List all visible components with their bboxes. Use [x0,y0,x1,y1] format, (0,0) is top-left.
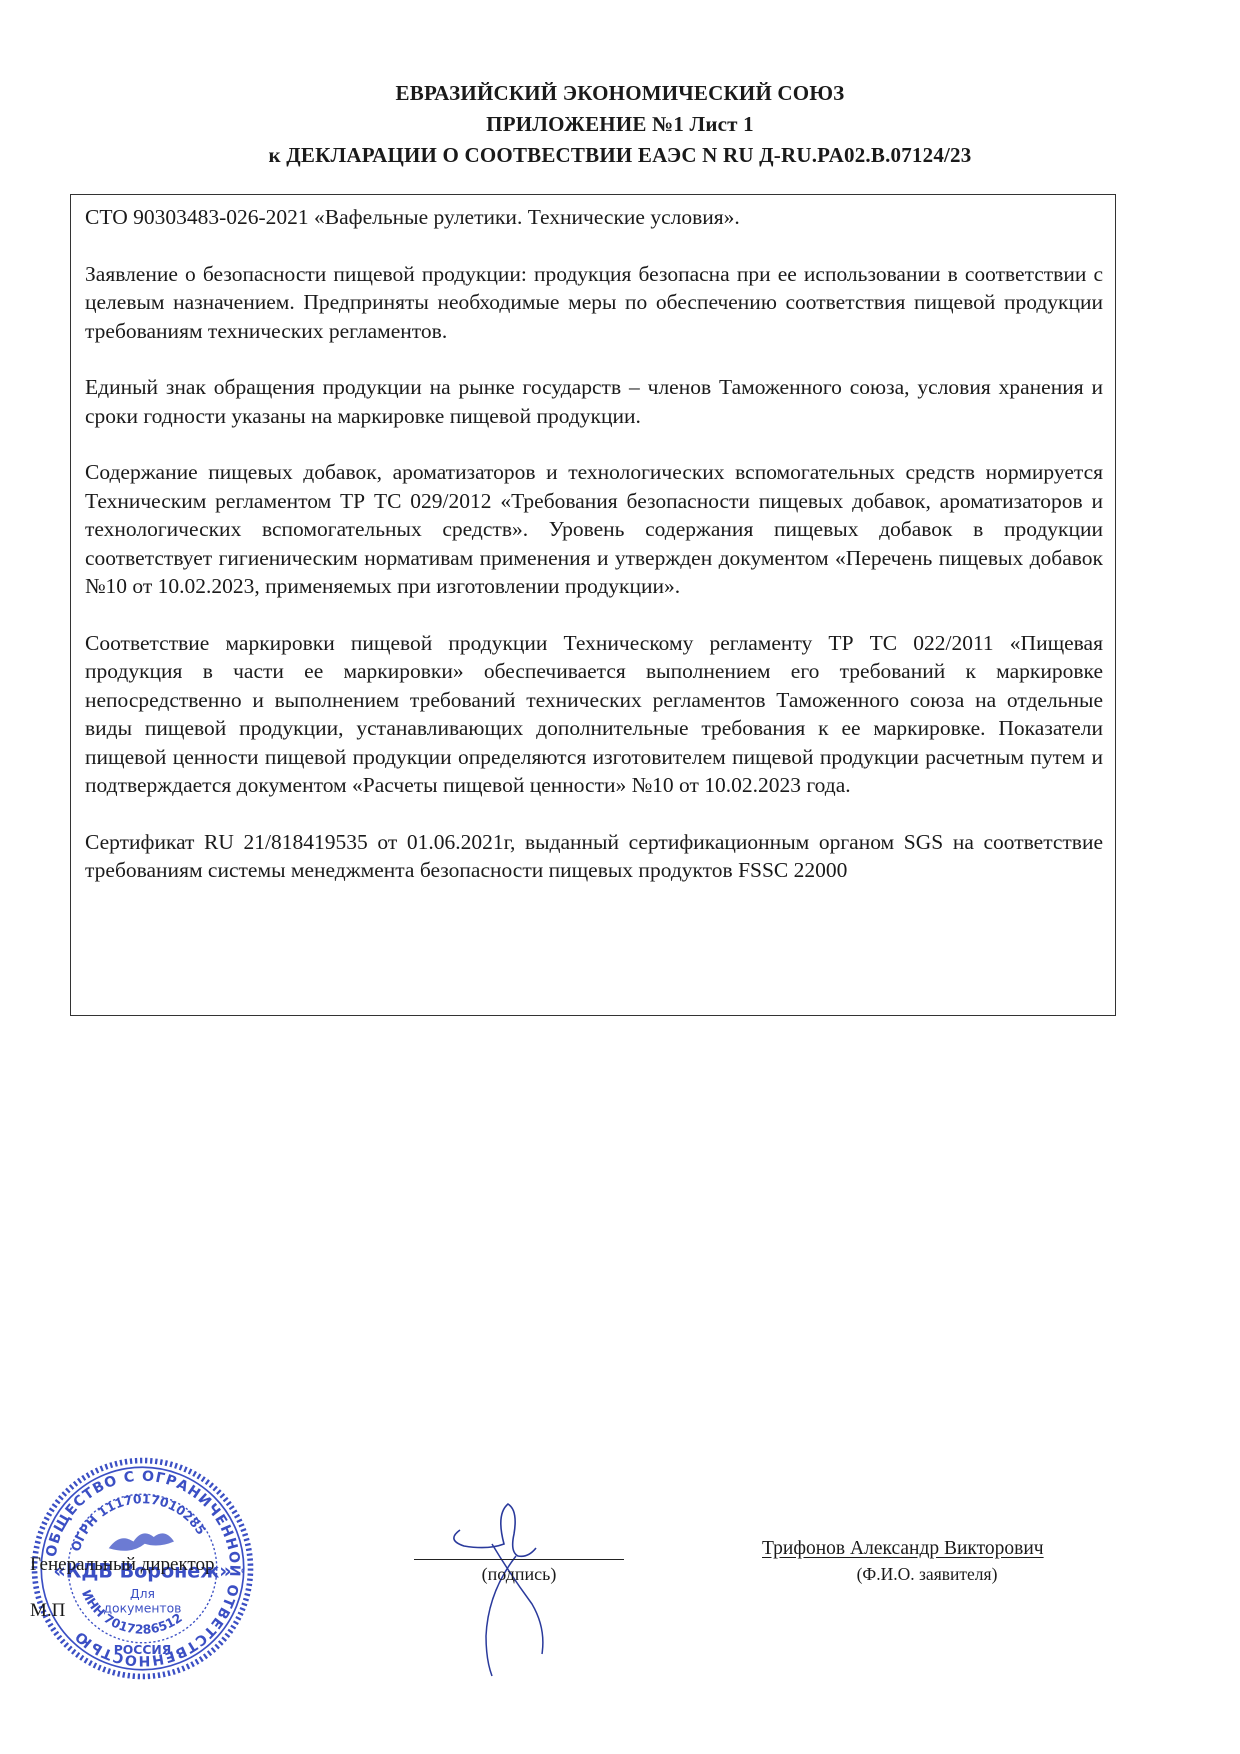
signature-line [414,1559,624,1560]
position-label: Генеральный директор [30,1554,214,1576]
header-appendix-title: ПРИЛОЖЕНИЕ №1 Лист 1 [0,109,1240,140]
paragraph-circulation-mark: Единый знак обращения продукции на рынке… [85,373,1103,430]
svg-text:документов: документов [104,1601,182,1615]
paragraph-labeling: Соответствие маркировки пищевой продукци… [85,629,1103,800]
applicant-name-caption: (Ф.И.О. заявителя) [762,1564,1092,1585]
signature-area: ОБЩЕСТВО С ОГРАНИЧЕННОЙ ОТВЕТСТВЕННОСТЬЮ… [0,1440,1240,1700]
paragraph-certificate: Сертификат RU 21/818419535 от 01.06.2021… [85,828,1103,885]
svg-text:РОССИЯ: РОССИЯ [114,1643,172,1657]
header-union-title: ЕВРАЗИЙСКИЙ ЭКОНОМИЧЕСКИЙ СОЮЗ [0,78,1240,109]
header-declaration-number: к ДЕКЛАРАЦИИ О СООТВЕСТВИИ ЕАЭС N RU Д-R… [0,140,1240,171]
handwritten-signature-icon [440,1500,580,1690]
content-frame: СТО 90303483-026-2021 «Вафельные рулетик… [70,194,1116,1016]
signature-caption: (подпись) [414,1564,624,1585]
svg-text:Для: Для [130,1587,155,1601]
paragraph-safety-statement: Заявление о безопасности пищевой продукц… [85,260,1103,346]
applicant-name: Трифонов Александр Викторович [762,1538,1044,1560]
paragraph-food-additives: Содержание пищевых добавок, ароматизатор… [85,458,1103,601]
document-header: ЕВРАЗИЙСКИЙ ЭКОНОМИЧЕСКИЙ СОЮЗ ПРИЛОЖЕНИ… [0,78,1240,171]
paragraph-standard: СТО 90303483-026-2021 «Вафельные рулетик… [85,203,1103,232]
seal-place-label: М.П [30,1600,65,1622]
